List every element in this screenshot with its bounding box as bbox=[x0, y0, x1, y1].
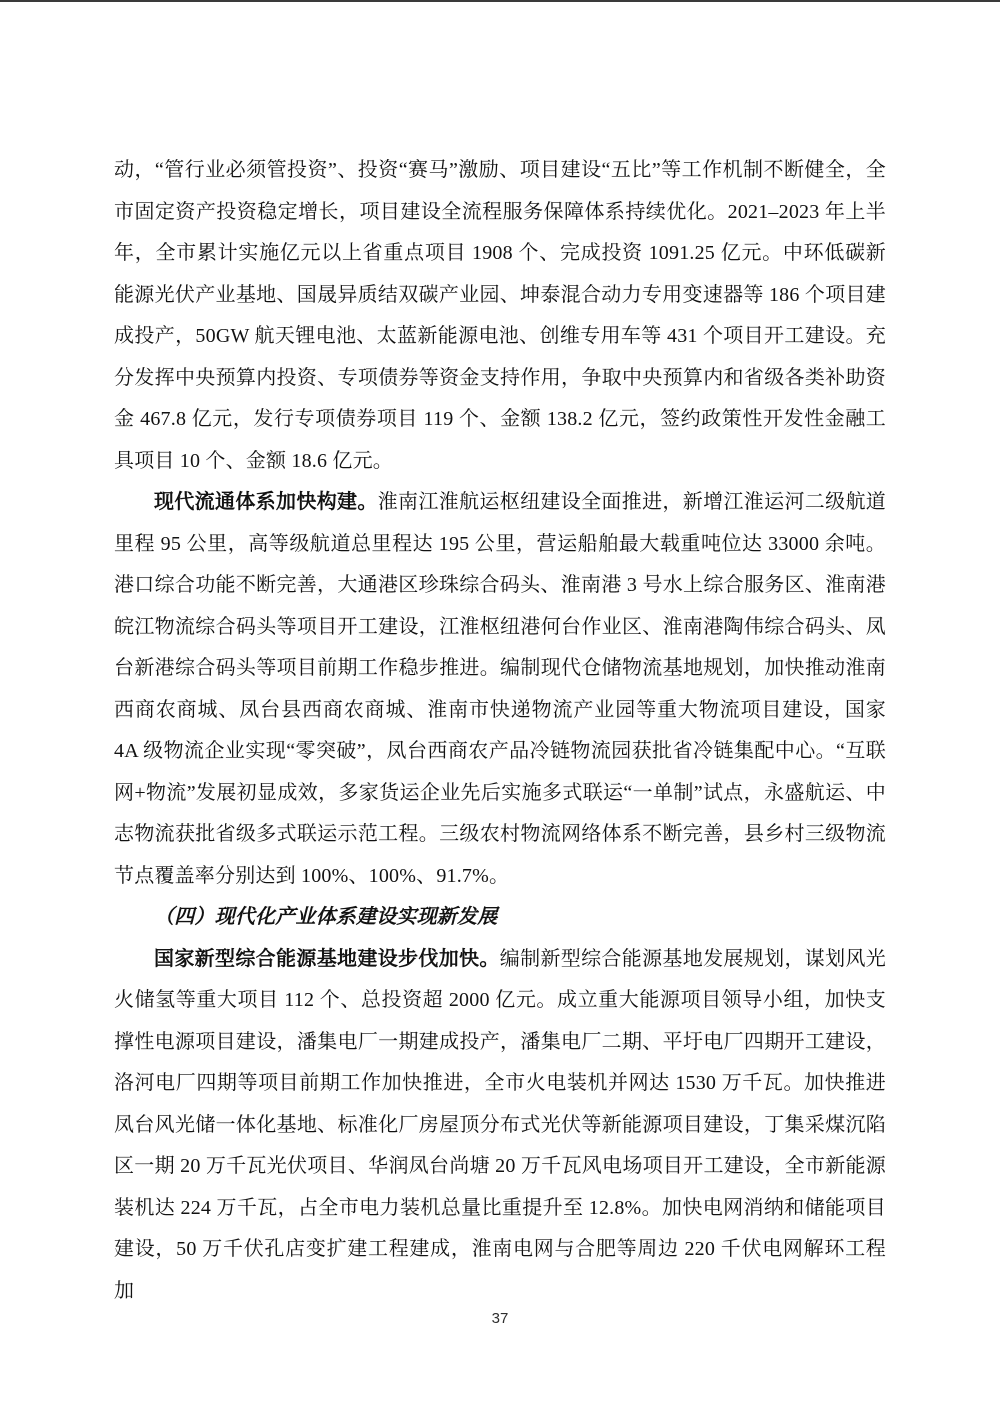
section-heading: （四）现代化产业体系建设实现新发展 bbox=[114, 897, 886, 939]
paragraph-energy-body: 编制新型综合能源基地发展规划，谋划风光火储氢等重大项目 112 个、总投资超 2… bbox=[114, 948, 886, 1302]
paragraph-logistics-body: 淮南江淮航运枢纽建设全面推进，新增江淮运河二级航道里程 95 公里，高等级航道总… bbox=[114, 491, 886, 887]
paragraph-logistics-lead: 现代流通体系加快构建。 bbox=[154, 491, 378, 513]
paragraph-energy: 国家新型综合能源基地建设步伐加快。编制新型综合能源基地发展规划，谋划风光火储氢等… bbox=[114, 939, 886, 1313]
paragraph-energy-lead: 国家新型综合能源基地建设步伐加快。 bbox=[154, 948, 500, 970]
document-content: 动，“管行业必须管投资”、投资“赛马”激励、项目建设“五比”等工作机制不断健全，… bbox=[114, 150, 886, 1312]
document-page: 动，“管行业必须管投资”、投资“赛马”激励、项目建设“五比”等工作机制不断健全，… bbox=[0, 0, 1000, 1415]
paragraph-logistics: 现代流通体系加快构建。淮南江淮航运枢纽建设全面推进，新增江淮运河二级航道里程 9… bbox=[114, 482, 886, 897]
page-number: 37 bbox=[0, 1310, 1000, 1327]
paragraph-investment: 动，“管行业必须管投资”、投资“赛马”激励、项目建设“五比”等工作机制不断健全，… bbox=[114, 150, 886, 482]
